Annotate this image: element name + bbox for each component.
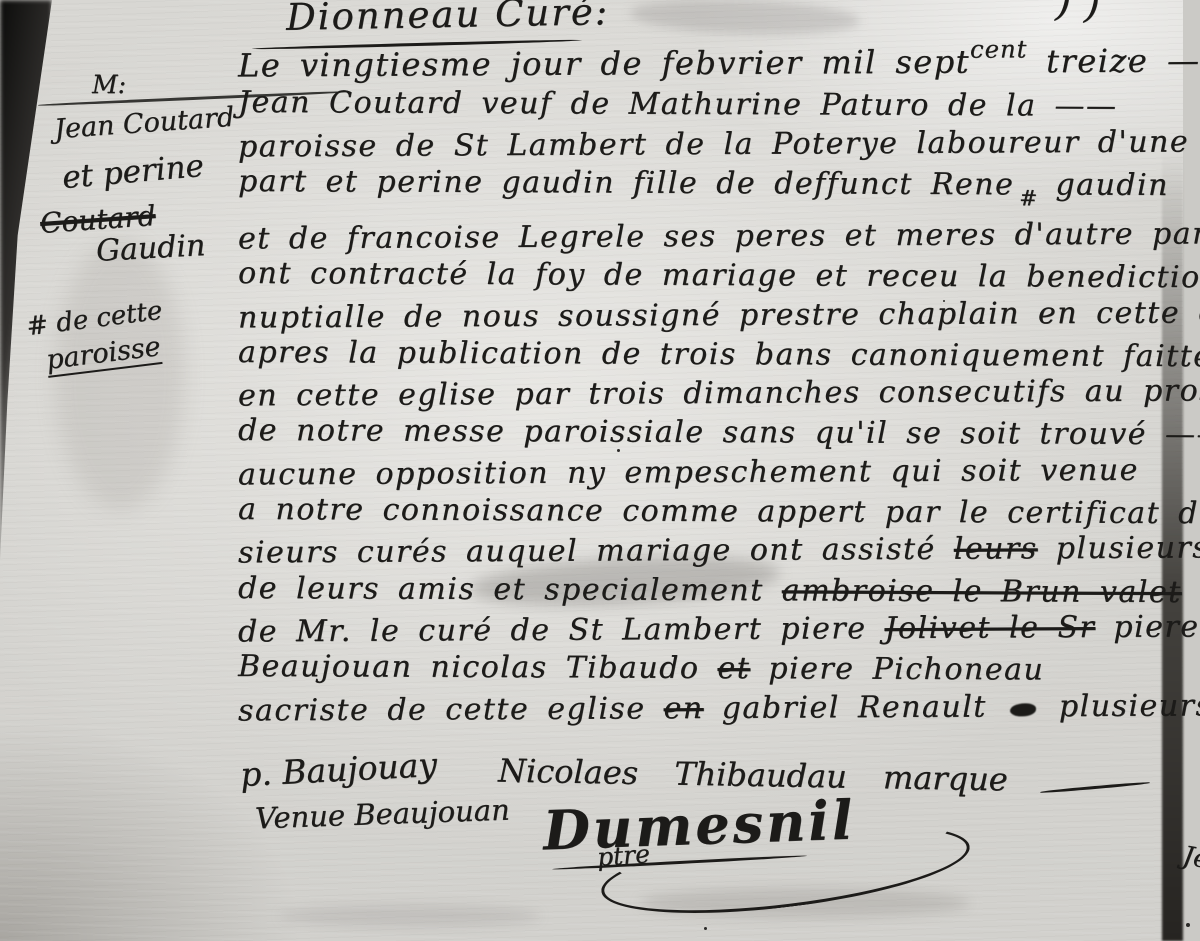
act-text-segment: Beaujouan nicolas Tibaudo (238, 649, 718, 686)
act-line: Beaujouan nicolas Tibaudo et piere Picho… (238, 647, 1183, 690)
act-text: Le vingtiesme jour de febvrier mil septc… (238, 44, 1183, 728)
ink-speck (704, 927, 707, 930)
act-line: a notre connoissance comme appert par le… (238, 490, 1183, 533)
struck-text: leurs (954, 532, 1038, 567)
bleed-through-ghost (629, 0, 860, 38)
ink-blot (1010, 703, 1036, 716)
top-edge-cut-strokes: )) (1055, 0, 1116, 28)
act-text-segment: ont contracté la foy de mariage et receu… (238, 256, 1200, 295)
act-line: de Mr. le curé de St Lambert piere Joliv… (238, 607, 1183, 651)
act-text-segment: plusieurs (1038, 531, 1200, 567)
signature-venue-beaujouan: Venue Beaujouan (254, 793, 510, 836)
act-text-segment: Le vingtiesme jour de febvrier mil sept (238, 43, 970, 85)
act-line: aucune opposition ny empeschement qui so… (238, 450, 1183, 494)
struck-text: en (663, 691, 703, 726)
struck-text: et (717, 651, 750, 686)
act-text-segment: Jean Coutard veuf de Mathurine Paturo de… (238, 85, 1118, 124)
act-text-segment: gaudin (1037, 167, 1169, 203)
act-line: apres la publication de trois bans canon… (238, 333, 1183, 376)
bleed-through-ghost (280, 905, 540, 927)
act-text-segment: piere Pichoneau (750, 651, 1044, 687)
signature-flourish (1040, 781, 1150, 793)
act-line: ont contracté la foy de mariage et receu… (238, 254, 1183, 297)
act-text-segment: piere (1095, 609, 1199, 645)
act-line: part et perine gaudin fille de deffunct … (238, 162, 1183, 219)
act-text-segment: en cette eglise par trois dimanches cons… (238, 373, 1200, 413)
signature-beaujouay: p. Baujouay (239, 745, 438, 794)
bleed-through-ghost (55, 240, 185, 510)
act-text-segment: plusieurs autres (1041, 687, 1200, 724)
act-line: nuptialle de nous soussigné prestre chap… (238, 293, 1183, 337)
act-text-segment: sieurs curés auquel mariage ont assisté (238, 532, 954, 571)
margin-insertion-note-line2: paroisse (44, 331, 162, 378)
act-text-segment: treize —— (1027, 41, 1200, 80)
act-text-segment: a notre connoissance comme appert par le… (238, 492, 1200, 531)
act-line: et de francoise Legrele ses peres et mer… (238, 215, 1183, 259)
act-line: sieurs curés auquel mariage ont assisté … (238, 529, 1183, 573)
act-line: sacriste de cette eglise en gabriel Rena… (238, 686, 1183, 730)
struck-text: ambroise le Brun valet (782, 573, 1182, 610)
act-text-segment: de Mr. le curé de St Lambert piere (238, 611, 885, 649)
margin-mark-m: M: (92, 70, 126, 99)
act-line: en cette eglise par trois dimanches cons… (238, 372, 1183, 416)
act-line: Jean Coutard veuf de Mathurine Paturo de… (238, 83, 1183, 126)
act-text-segment: gabriel Renault (704, 689, 1005, 726)
act-line: Le vingtiesme jour de febvrier mil septc… (238, 42, 1183, 88)
act-text-segment: apres la publication de trois bans canon… (238, 335, 1200, 374)
book-gutter-shadow (0, 0, 52, 560)
act-line: de notre messe paroissiale sans qu'il se… (238, 411, 1183, 454)
act-line: paroisse de St Lambert de la Poterye lab… (238, 122, 1183, 166)
margin-groom-name: Jean Coutard (53, 102, 235, 146)
ink-speck (1186, 923, 1190, 927)
act-text-segment: paroisse de St Lambert de la Poterye lab… (238, 124, 1189, 164)
struck-text: Jolivet le Sr (884, 610, 1095, 646)
act-line: de leurs amis et specialement ambroise l… (238, 569, 1183, 612)
act-text-segment: de notre messe paroissiale sans qu'il se… (238, 413, 1200, 452)
manuscript-page: Dionneau Curé: )) M: Jean Coutard et per… (0, 0, 1200, 941)
act-text-segment: nuptialle de nous soussigné prestre chap… (238, 295, 1200, 336)
act-text-segment: part et perine gaudin fille de deffunct … (238, 164, 1014, 202)
margin-bride-surname: Gaudin (95, 228, 206, 269)
signature-priest-title: ptre (596, 839, 651, 872)
act-text-segment: de leurs amis et specialement (238, 571, 782, 608)
margin-bride-firstname: et perine (61, 148, 206, 196)
act-text-segment: sacriste de cette eglise (238, 691, 664, 728)
register-heading: Dionneau Curé: (286, 0, 610, 39)
act-text-segment: et de francoise Legrele ses peres et mer… (238, 216, 1200, 256)
insertion-mark: # (1019, 186, 1037, 211)
interlinear-insertion: cent (970, 34, 1028, 63)
act-text-segment: aucune opposition ny empeschement qui so… (238, 453, 1139, 493)
